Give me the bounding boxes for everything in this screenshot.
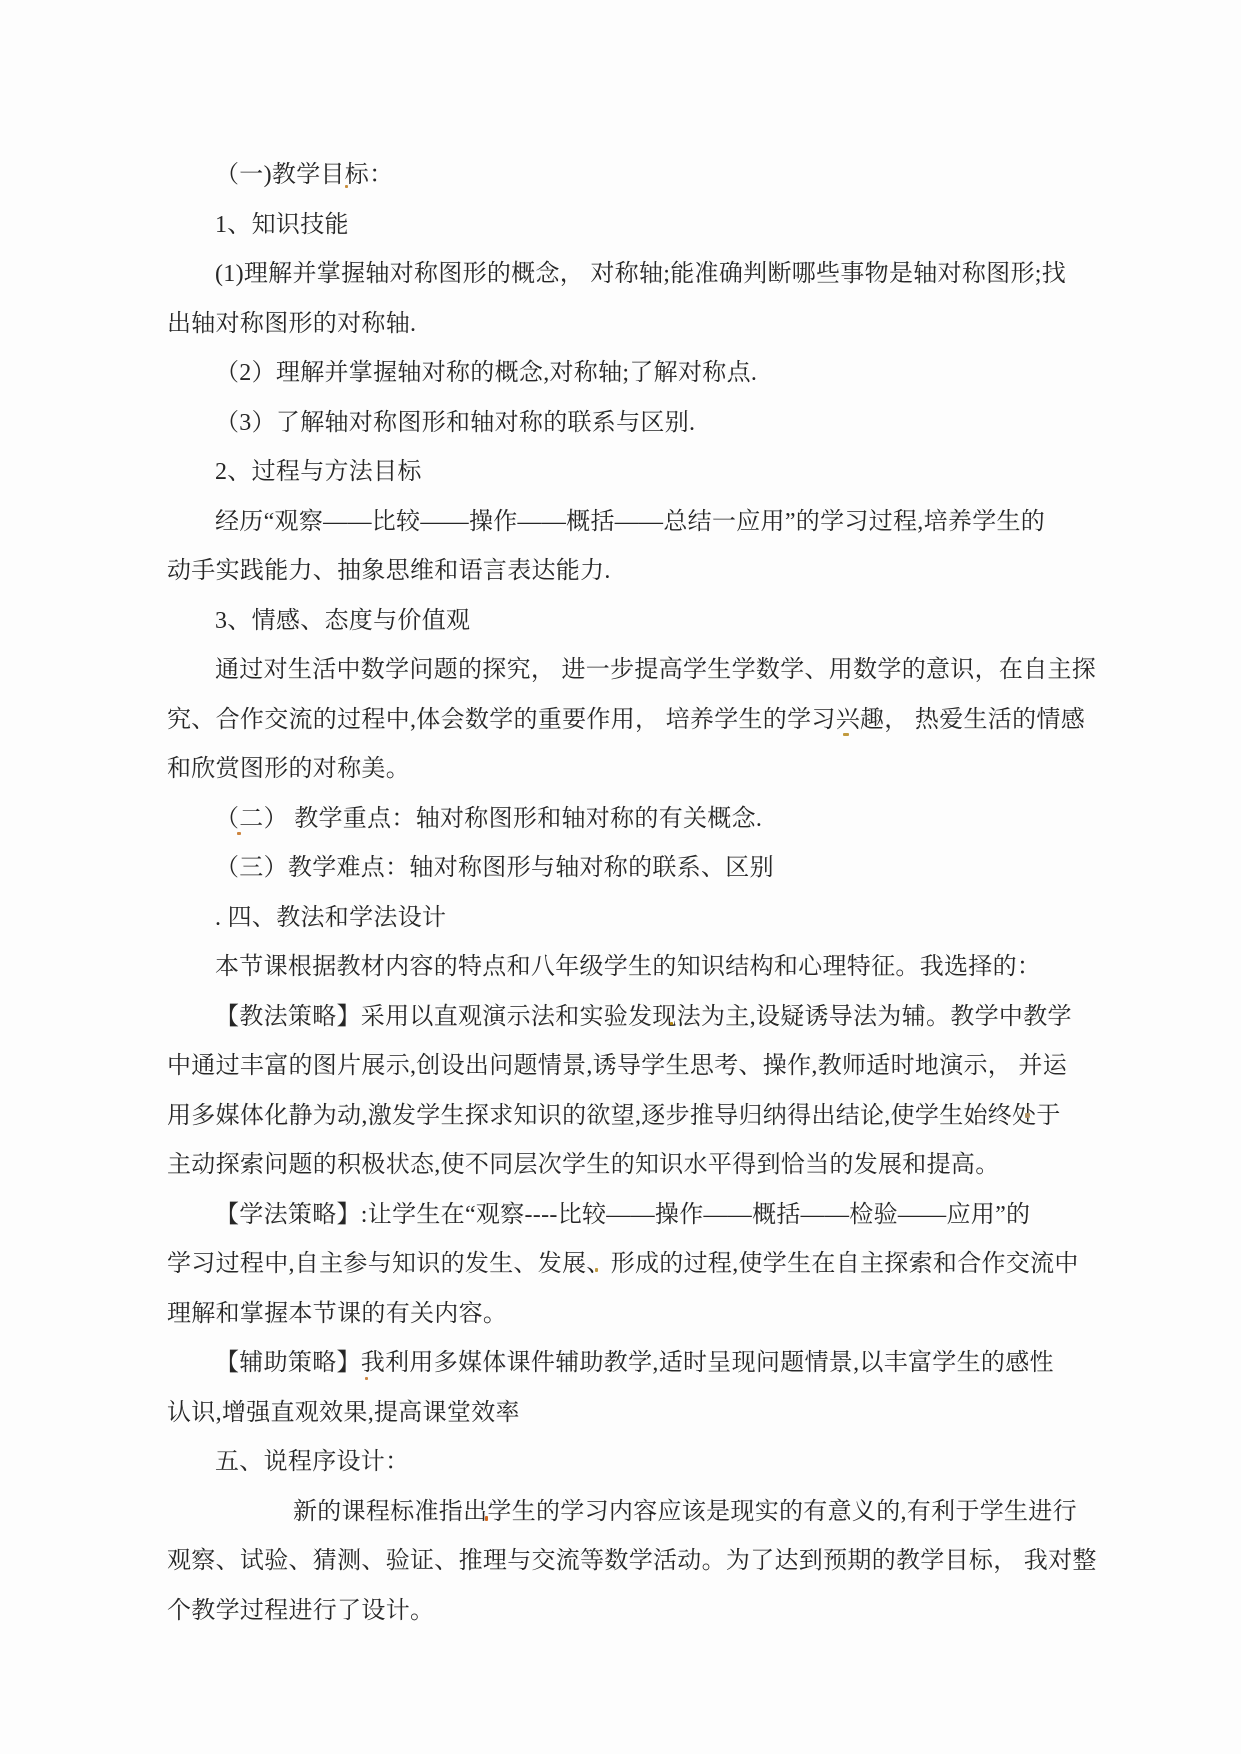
- ink-speck: [345, 185, 348, 188]
- ink-speck: [670, 1022, 673, 1025]
- ink-speck: [365, 1377, 368, 1380]
- text-line: 通过对生活中数学问题的探究， 进一步提高学生学数学、用数学的意识，在自主探: [167, 646, 1097, 696]
- text-line: 究、合作交流的过程中,体会数学的重要作用， 培养学生的学习兴趣， 热爱生活的情感: [167, 696, 1097, 746]
- text-line: 1、知识技能: [167, 201, 1097, 251]
- text-line: 用多媒体化静为动,激发学生探求知识的欲望,逐步推导归纳得出结论,使学生始终处于: [167, 1092, 1097, 1142]
- text-line: 和欣赏图形的对称美。: [167, 745, 1097, 795]
- text-line: 新的课程标准指出学生的学习内容应该是现实的有意义的,有利于学生进行: [167, 1488, 1097, 1538]
- text-line: （一)教学目标：: [167, 151, 1097, 201]
- text-line: 经历“观察——比较——操作——概括——总结一应用”的学习过程,培养学生的: [167, 498, 1097, 548]
- text-line: （二） 教学重点：轴对称图形和轴对称的有关概念.: [167, 795, 1097, 845]
- ink-speck: [485, 1516, 488, 1521]
- text-line: （3）了解轴对称图形和轴对称的联系与区别.: [167, 399, 1097, 449]
- text-line: (1)理解并掌握轴对称图形的概念， 对称轴;能准确判断哪些事物是轴对称图形;找: [167, 250, 1097, 300]
- text-line: （三）教学难点：轴对称图形与轴对称的联系、区别: [167, 844, 1097, 894]
- text-line: 动手实践能力、抽象思维和语言表达能力.: [167, 547, 1097, 597]
- text-line: （2）理解并掌握轴对称的概念,对称轴;了解对称点.: [167, 349, 1097, 399]
- ink-speck: [237, 832, 241, 835]
- text-line: 五、说程序设计：: [167, 1438, 1097, 1488]
- text-line: 【教法策略】采用以直观演示法和实验发现法为主,设疑诱导法为辅。教学中教学: [167, 993, 1097, 1043]
- document-body: （一)教学目标：1、知识技能(1)理解并掌握轴对称图形的概念， 对称轴;能准确判…: [167, 151, 1097, 1636]
- document-page: （一)教学目标：1、知识技能(1)理解并掌握轴对称图形的概念， 对称轴;能准确判…: [0, 0, 1241, 1754]
- text-line: 个教学过程进行了设计。: [167, 1587, 1097, 1637]
- text-line: 3、情感、态度与价值观: [167, 597, 1097, 647]
- text-line: . 四、教法和学法设计: [167, 894, 1097, 944]
- text-line: 中通过丰富的图片展示,创设出问题情景,诱导学生思考、操作,教师适时地演示， 并运: [167, 1042, 1097, 1092]
- text-line: 学习过程中,自主参与知识的发生、发展、形成的过程,使学生在自主探索和合作交流中: [167, 1240, 1097, 1290]
- text-line: 观察、试验、猜测、验证、推理与交流等数学活动。为了达到预期的教学目标， 我对整: [167, 1537, 1097, 1587]
- ink-speck: [1025, 1113, 1030, 1118]
- text-line: 2、过程与方法目标: [167, 448, 1097, 498]
- ink-speck: [595, 1268, 598, 1272]
- text-line: 出轴对称图形的对称轴.: [167, 300, 1097, 350]
- text-line: 【辅助策略】我利用多媒体课件辅助教学,适时呈现问题情景,以丰富学生的感性: [167, 1339, 1097, 1389]
- text-line: 理解和掌握本节课的有关内容。: [167, 1290, 1097, 1340]
- text-line: 【学法策略】:让学生在“观察----比较——操作——概括——检验——应用”的: [167, 1191, 1097, 1241]
- text-line: 本节课根据教材内容的特点和八年级学生的知识结构和心理特征。我选择的：: [167, 943, 1097, 993]
- text-line: 主动探索问题的积极状态,使不同层次学生的知识水平得到恰当的发展和提高。: [167, 1141, 1097, 1191]
- text-line: 认识,增强直观效果,提高课堂效率: [167, 1389, 1097, 1439]
- ink-speck: [843, 733, 849, 736]
